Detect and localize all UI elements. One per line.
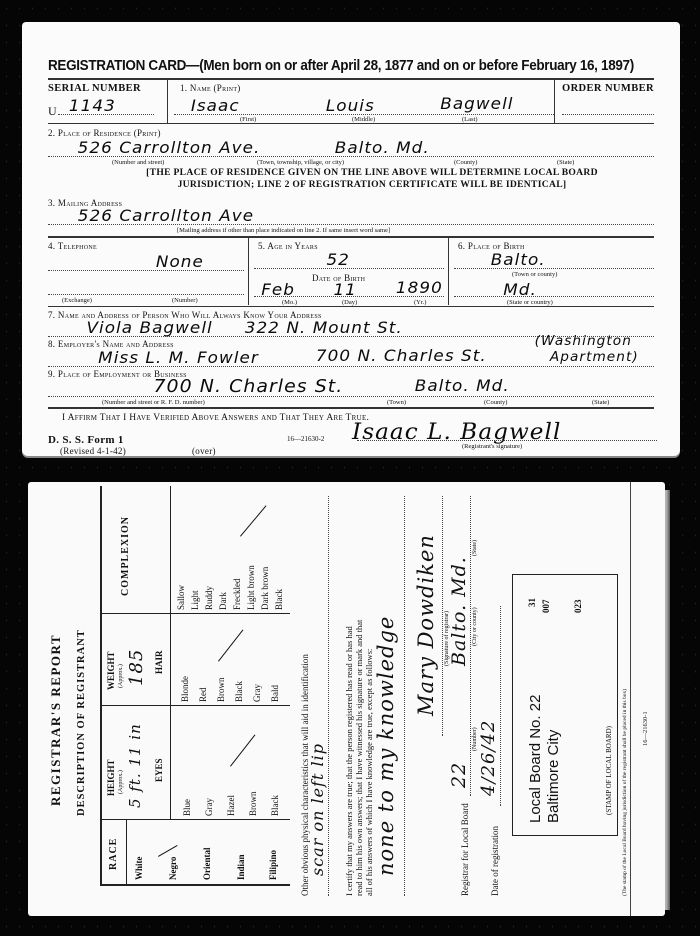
height-value: 5 ft. 11 in bbox=[126, 723, 144, 808]
card-title: REGISTRATION CARD—(Men born on or after … bbox=[48, 58, 634, 74]
rotated-content: REGISTRAR'S REPORT DESCRIPTION OF REGIST… bbox=[28, 482, 665, 916]
race-negro: Negro bbox=[168, 857, 178, 880]
name-label: 1. Name (Print) bbox=[180, 83, 241, 93]
certify-text-1: I certify that my answers are true; that… bbox=[344, 626, 354, 896]
last-name-value: Bagwell bbox=[440, 94, 513, 113]
registrar-city-value: Balto. Md. bbox=[448, 556, 470, 666]
stamp-caption: (STAMP OF LOCAL BOARD) bbox=[605, 726, 613, 815]
date-of-registration-value: 4/26/42 bbox=[478, 720, 499, 796]
print-code: 16—21630-2 bbox=[287, 435, 324, 443]
complexion-header: COMPLEXION bbox=[120, 516, 131, 596]
weight-value: 185 bbox=[126, 649, 147, 686]
serial-prefix: U bbox=[48, 104, 57, 119]
employment-city-value: Balto. Md. bbox=[415, 376, 510, 395]
telephone-value: None bbox=[156, 252, 204, 271]
contact-value: Viola Bagwell 322 N. Mount St. bbox=[86, 318, 402, 337]
race-oriental: Oriental bbox=[202, 848, 212, 881]
telephone-label: 4. Telephone bbox=[48, 241, 97, 251]
back-print-code: 16—21630-1 bbox=[642, 711, 649, 746]
residence-city-value: Balto. Md. bbox=[335, 138, 430, 157]
description-table: RACE White Negro Oriental Indian Filipin… bbox=[100, 486, 290, 886]
affirmation-text: I Affirm That I Have Verified Above Answ… bbox=[62, 413, 369, 423]
date-of-registration-label: Date of registration bbox=[490, 826, 500, 896]
serial-number-value: 1143 bbox=[69, 96, 116, 115]
race-filipino: Filipino bbox=[268, 850, 278, 880]
order-number-label: ORDER NUMBER bbox=[562, 83, 654, 94]
first-name-value: Isaac bbox=[191, 96, 240, 115]
registrars-report-card: REGISTRAR'S REPORT DESCRIPTION OF REGIST… bbox=[28, 482, 665, 916]
registration-card-front: REGISTRATION CARD—(Men born on or after … bbox=[22, 22, 680, 456]
stamp-line-1: Local Board No. 22 bbox=[527, 695, 545, 823]
residence-notice: [THE PLACE OF RESIDENCE GIVEN ON THE LIN… bbox=[112, 167, 632, 191]
registrar-board-label: Registrar for Local Board bbox=[460, 803, 470, 896]
middle-name-value: Louis bbox=[326, 96, 375, 115]
order-number-field bbox=[562, 114, 654, 115]
weight-label: WEIGHT bbox=[106, 651, 116, 690]
age-value: 52 bbox=[326, 250, 349, 269]
other-characteristics-value: scar on left lip bbox=[308, 743, 327, 876]
eyes-brown: Brown bbox=[248, 792, 258, 817]
eyes-header: EYES bbox=[154, 758, 164, 782]
age-label: 5. Age in Years bbox=[258, 241, 318, 251]
employer-name-value: Miss L. M. Fowler bbox=[98, 348, 259, 367]
employment-street-value: 700 N. Charles St. bbox=[153, 376, 343, 397]
hair-black: Black bbox=[234, 681, 244, 702]
race-indian: Indian bbox=[236, 854, 246, 880]
stamp-line-2: Baltimore City bbox=[545, 730, 563, 823]
certify-text-2: read to him his own answers; that I have… bbox=[354, 620, 364, 896]
over-note: (over) bbox=[192, 446, 216, 456]
form-revised: (Revised 4-1-42) bbox=[60, 446, 126, 456]
birthplace-town-value: Balto. bbox=[491, 250, 546, 269]
residence-label: 2. Place of Residence (Print) bbox=[48, 128, 161, 138]
local-board-stamp-box: Local Board No. 22 Baltimore City 31 007… bbox=[512, 574, 618, 836]
race-white: White bbox=[134, 857, 144, 881]
report-subtitle: DESCRIPTION OF REGISTRANT bbox=[76, 629, 87, 816]
stamp-note: (The stamp of the Local Board having jur… bbox=[622, 689, 628, 896]
employer-note-2: Apartment) bbox=[550, 350, 639, 365]
complexion-dark-brown: Dark brown bbox=[260, 567, 270, 610]
residence-street-value: 526 Carrollton Ave. bbox=[78, 138, 261, 157]
certify-text-3: all of his answers of which I have knowl… bbox=[364, 649, 374, 896]
registrar-board-value: 22 bbox=[448, 762, 470, 788]
serial-number-label: SERIAL NUMBER bbox=[48, 83, 141, 94]
hair-header: HAIR bbox=[154, 650, 164, 674]
registrar-signature: Mary Dowdiken bbox=[414, 534, 438, 716]
employer-address-value: 700 N. Charles St. bbox=[316, 346, 487, 365]
divider bbox=[48, 78, 654, 80]
height-label: HEIGHT bbox=[106, 759, 116, 796]
report-title: REGISTRAR'S REPORT bbox=[48, 634, 64, 806]
employer-note-1: (Washington bbox=[535, 334, 632, 349]
certify-exceptions-value: none to my knowledge bbox=[374, 616, 398, 876]
mailing-address-value: 526 Carrollton Ave bbox=[78, 206, 254, 225]
registrant-signature: Isaac L. Bagwell bbox=[352, 420, 561, 445]
form-name: D. S. S. Form 1 bbox=[48, 434, 124, 446]
dob-year-value: 1890 bbox=[396, 278, 443, 297]
